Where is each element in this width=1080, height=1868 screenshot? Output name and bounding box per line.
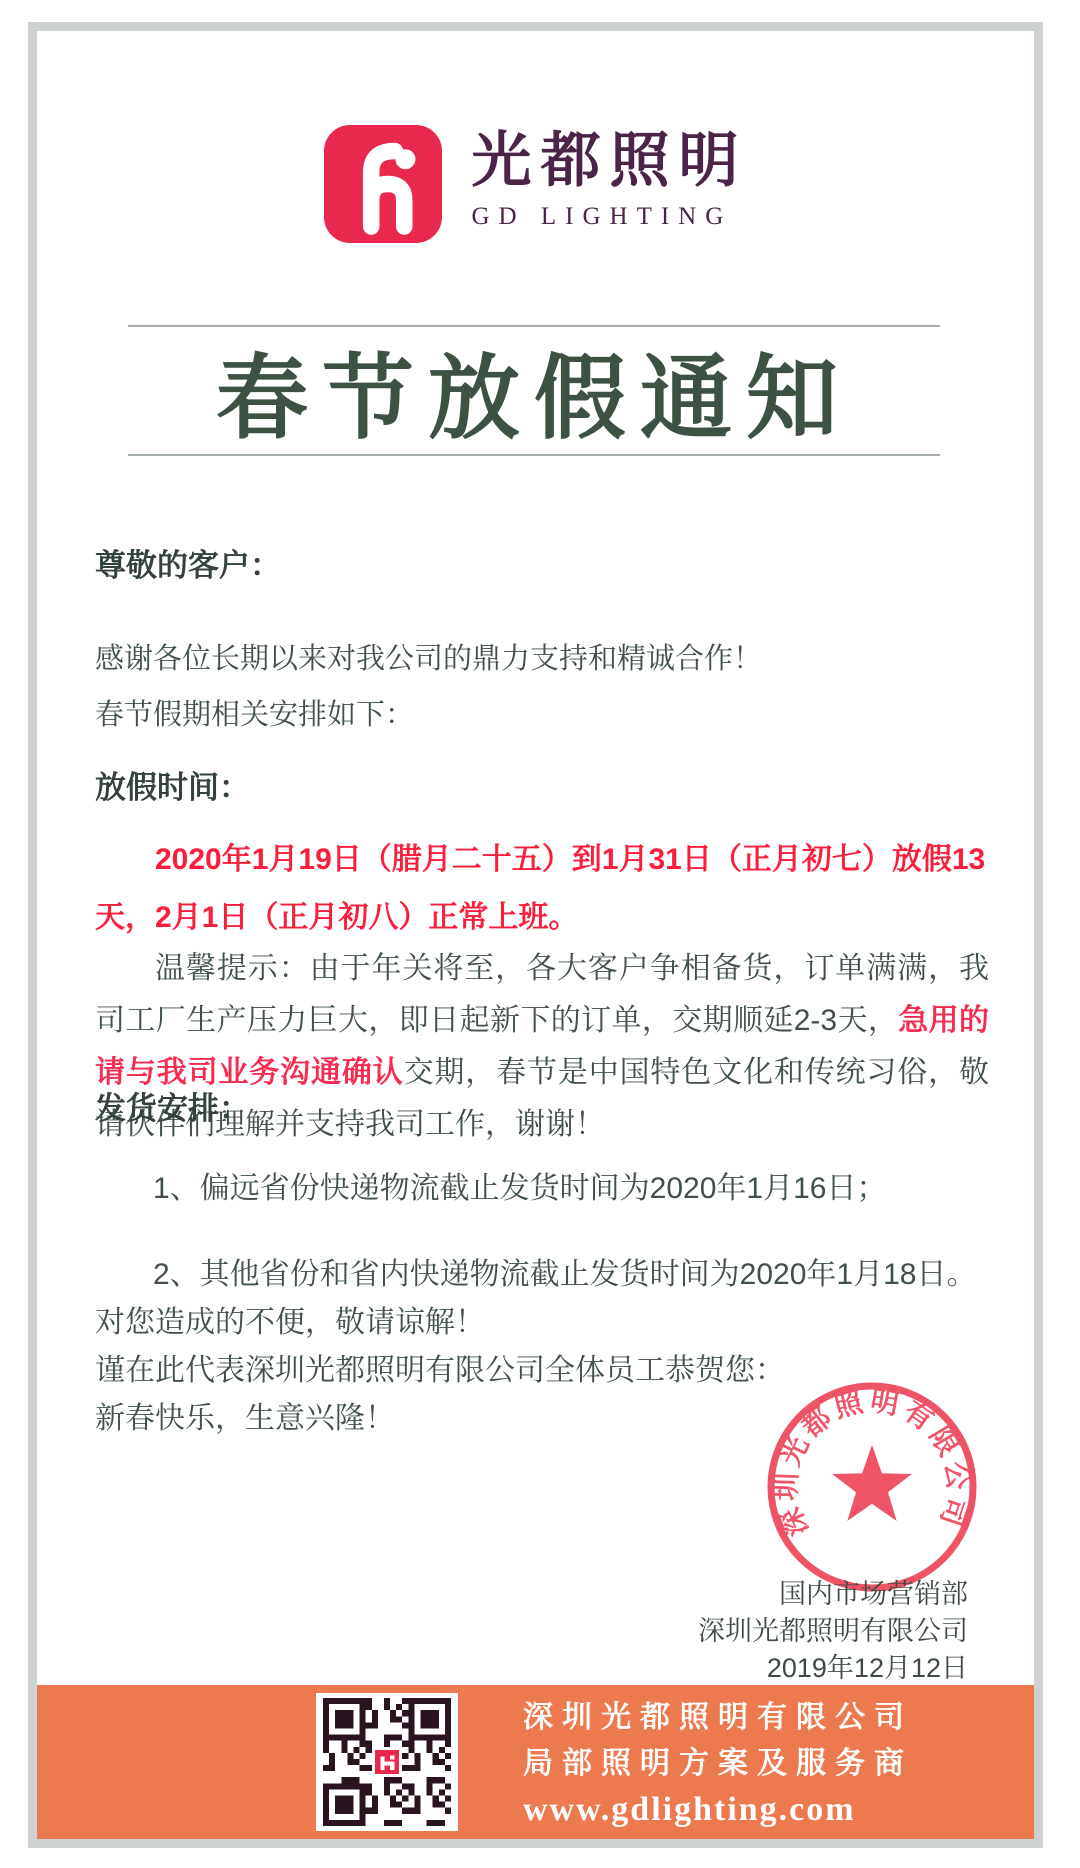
intro-paragraph: 感谢各位长期以来对我公司的鼎力支持和精诚合作！ 春节假期相关安排如下： (95, 631, 762, 743)
gd-lighting-logo-icon (324, 125, 442, 243)
closing-line-1: 对您造成的不便，敬请谅解！ (95, 1299, 785, 1347)
shipping-heading: 发货安排： (95, 1083, 250, 1128)
footer-website: www.gdlighting.com (523, 1787, 913, 1833)
page-title: 春节放假通知 (216, 325, 852, 457)
signature-dept: 国内市场营销部 (698, 1576, 968, 1613)
logo-text: 光都照明 GD LIGHTING (472, 125, 748, 231)
closing-paragraph: 对您造成的不便，敬请谅解！ 谨在此代表深圳光都照明有限公司全体员工恭贺您： 新春… (95, 1299, 785, 1443)
intro-line-2: 春节假期相关安排如下： (95, 687, 762, 743)
intro-line-1: 感谢各位长期以来对我公司的鼎力支持和精诚合作！ (95, 631, 762, 687)
title-block: 春节放假通知 (128, 325, 940, 456)
closing-line-3: 新春快乐，生意兴隆！ (95, 1395, 785, 1443)
qr-code-icon (323, 1698, 451, 1826)
notice-page: 光都照明 GD LIGHTING 春节放假通知 尊敬的客户： 感谢各位长期以来对… (28, 22, 1043, 1848)
qr-code (316, 1693, 458, 1831)
shipping-item-1: 1、偏远省份快递物流截止发货时间为2020年1月16日； (153, 1163, 886, 1207)
footer-slogan: 局部照明方案及服务商 (523, 1741, 913, 1787)
footer-text: 深圳光都照明有限公司 局部照明方案及服务商 www.gdlighting.com (523, 1695, 913, 1833)
company-seal-stamp: 深圳光都照明有限公司 (762, 1377, 982, 1597)
footer-company: 深圳光都照明有限公司 (523, 1695, 913, 1741)
shipping-item-2: 2、其他省份和省内快递物流截止发货时间为2020年1月18日。 (153, 1249, 976, 1293)
logo-name-en: GD LIGHTING (472, 203, 733, 231)
footer-banner: 深圳光都照明有限公司 局部照明方案及服务商 www.gdlighting.com (37, 1685, 1034, 1839)
logo: 光都照明 GD LIGHTING (37, 125, 1034, 243)
signature-block: 国内市场营销部 深圳光都照明有限公司 2019年12月12日 (698, 1576, 968, 1687)
closing-line-2: 谨在此代表深圳光都照明有限公司全体员工恭贺您： (95, 1347, 785, 1395)
star-icon (832, 1445, 912, 1521)
hi-glyph-icon (324, 125, 442, 243)
signature-company: 深圳光都照明有限公司 (698, 1613, 968, 1650)
holiday-notice: 2020年1月19日（腊月二十五）到1月31日（正月初七）放假13天，2月1日（… (95, 831, 987, 947)
tip-pre: 温馨提示：由于年关将至，各大客户争相备货，订单满满，我司工厂生产压力巨大，即日起… (95, 952, 989, 1037)
greeting: 尊敬的客户： (95, 540, 281, 585)
logo-name-zh: 光都照明 (472, 129, 748, 193)
holiday-heading: 放假时间： (95, 762, 250, 807)
signature-date: 2019年12月12日 (698, 1650, 968, 1687)
